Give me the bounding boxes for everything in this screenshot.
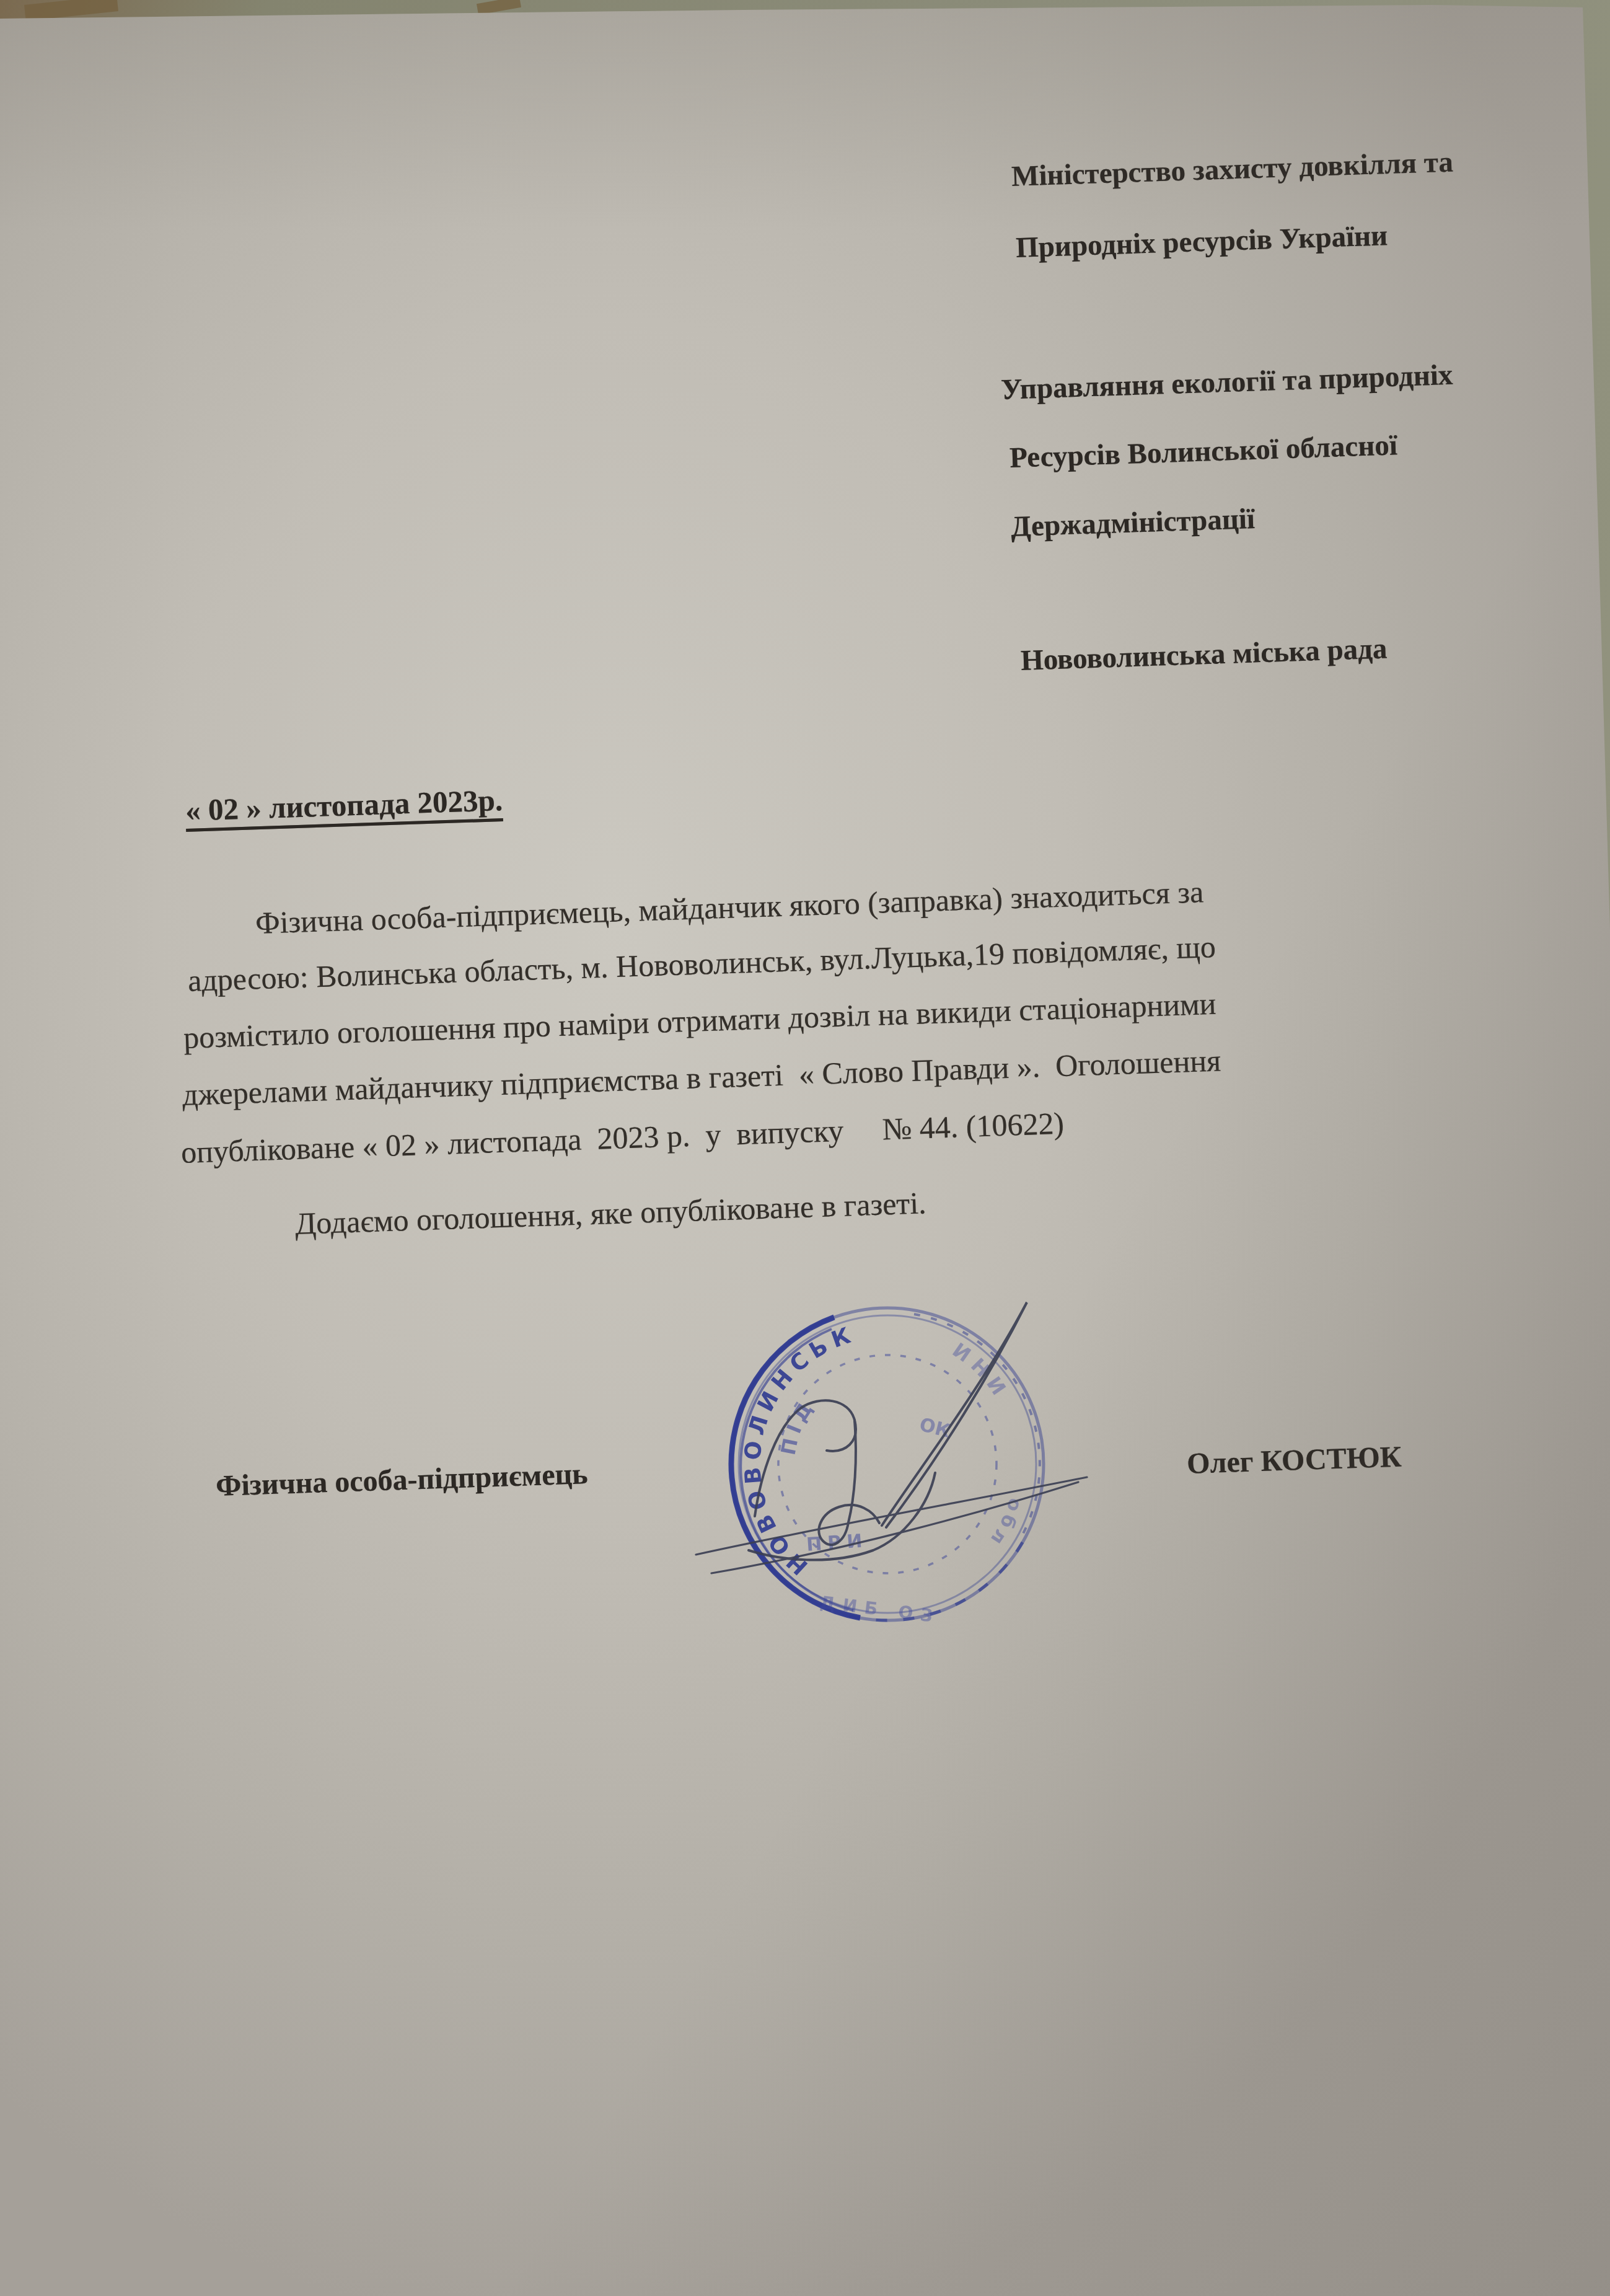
recipient-department-line-3: Держадміністрації bbox=[1010, 505, 1255, 542]
recipient-ministry-line-2: Природніх ресурсів України bbox=[1015, 221, 1388, 263]
body-paragraph-line: Фізична особа-підприємець, майданчик яко… bbox=[255, 876, 1204, 938]
body-paragraph-line: джерелами майданчику підприємства в газе… bbox=[182, 1044, 1221, 1110]
recipient-city-council: Нововолинська міська рада bbox=[1020, 634, 1388, 676]
handwritten-signature bbox=[668, 1268, 1120, 1615]
body-paragraph-line: розмістило оголошення про наміри отримат… bbox=[183, 988, 1216, 1053]
body-paragraph-line: адресою: Волинська область, м. Нововолин… bbox=[187, 931, 1216, 996]
signatory-name: Олег КОСТЮК bbox=[1186, 1442, 1402, 1479]
body-paragraph-line: опубліковане « 02 » листопада 2023 р. у … bbox=[180, 1108, 1064, 1168]
signature-ink-icon bbox=[668, 1268, 1120, 1615]
signatory-role-label: Фізична особа-підприємець bbox=[215, 1459, 588, 1501]
attachment-line: Додаємо оголошення, яке опубліковане в г… bbox=[294, 1187, 926, 1239]
recipient-department-line-2: Ресурсів Волинської обласної bbox=[1009, 431, 1397, 473]
document-date: « 02 » листопада 2023р. bbox=[185, 785, 503, 826]
document-sheet: Міністерство захисту довкілля та Природн… bbox=[0, 0, 1610, 2296]
recipient-department-line-1: Управляння екології та природніх bbox=[1000, 361, 1453, 405]
recipient-ministry-line-1: Міністерство захисту довкілля та bbox=[1011, 148, 1453, 192]
